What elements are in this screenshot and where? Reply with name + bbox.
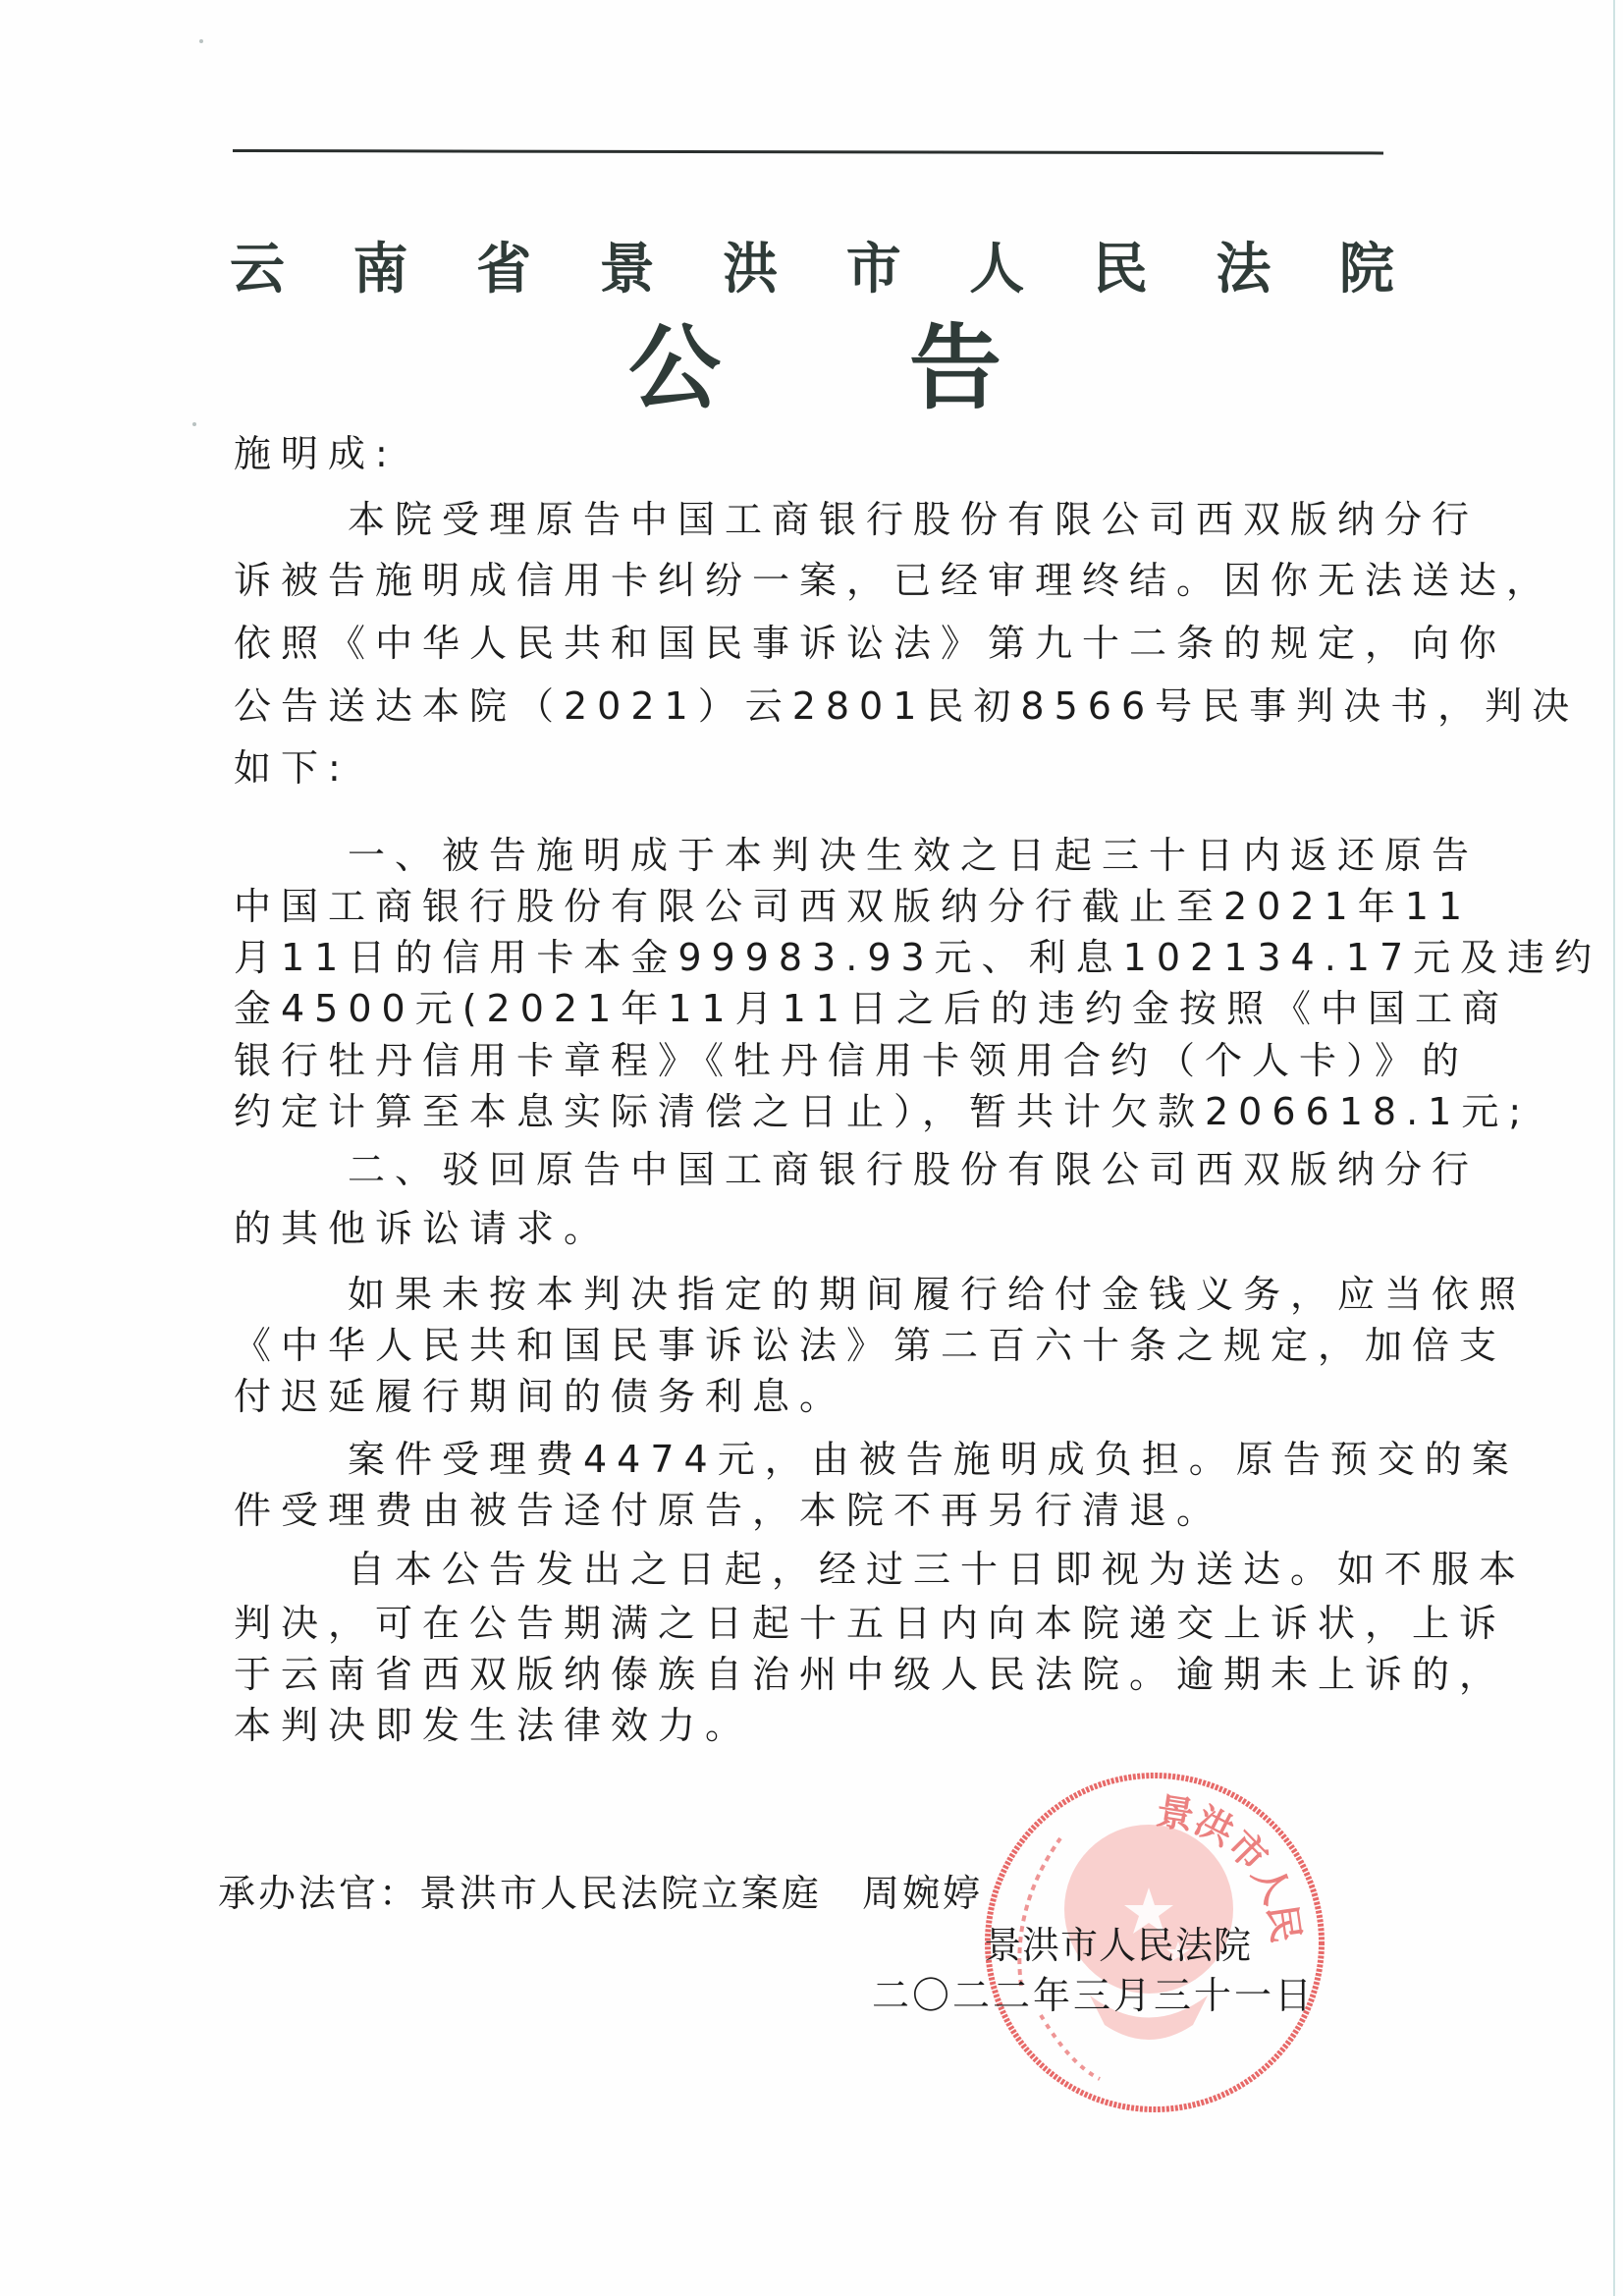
court-name-char: 市 [844,240,903,299]
court-name-char: 民 [1091,240,1150,299]
court-name-char: 省 [474,240,533,299]
court-name-char: 景 [598,240,657,299]
body-line: 二、驳回原告中国工商银行股份有限公司西双版纳分行 [234,1145,1382,1194]
body-line: 的其他诉讼请求。 [234,1204,1382,1253]
body-line: 金4500元(2021年11月11日之后的违约金按照《中国工商 [234,984,1382,1033]
body-line: 如果未按本判决指定的期间履行给付金钱义务，应当依照 [234,1270,1382,1319]
judge-line: 承办法官：景洪市人民法院立案庭 周婉婷 [218,1869,983,1918]
header-rule [233,149,1383,154]
court-name-title: 云南省景洪市人民法院 [228,240,1396,299]
body-line: 件受理费由被告迳付原告，本院不再另行清退。 [234,1486,1382,1535]
body-line: 公告送达本院（2021）云2801民初8566号民事判决书，判决 [234,682,1382,731]
court-name-char: 院 [1337,240,1396,299]
body-line: 付迟延履行期间的债务利息。 [234,1372,1382,1421]
body-line: 依照《中华人民共和国民事诉讼法》第九十二条的规定，向你 [234,619,1382,668]
body-line: 于云南省西双版纳傣族自治州中级人民法院。逾期未上诉的， [234,1650,1382,1699]
court-name-char: 云 [228,240,287,299]
body-line: 《中华人民共和国民事诉讼法》第二百六十条之规定，加倍支 [234,1321,1382,1370]
body-line: 判决，可在公告期满之日起十五日内向本院递交上诉状，上诉 [234,1599,1382,1648]
doc-type-char: 告 [909,319,1001,417]
body-line: 诉被告施明成信用卡纠纷一案，已经审理终结。因你无法送达， [234,556,1382,605]
body-line: 银行牡丹信用卡章程》《牡丹信用卡领用合约（个人卡）》的 [234,1036,1382,1085]
court-name-char: 法 [1214,240,1272,299]
court-name-char: 人 [967,240,1026,299]
body-line: 约定计算至本息实际清偿之日止），暂共计欠款206618.1元; [234,1087,1382,1136]
doc-type-char: 公 [628,319,721,417]
addressee: 施明成: [234,429,1382,478]
scan-speck [199,39,203,43]
court-name-char: 洪 [721,240,780,299]
doc-type-title: 公告 [628,319,1001,417]
scan-speck [192,422,196,426]
body-line: 一、被告施明成于本判决生效之日起三十日内返还原告 [234,831,1382,880]
signing-court: 景洪市人民法院 [984,1921,1252,1970]
body-line: 本判决即发生法律效力。 [234,1701,1382,1750]
court-name-char: 南 [352,240,410,299]
scan-edge-line [1613,0,1615,2296]
body-line: 中国工商银行股份有限公司西双版纳分行截止至2021年11 [234,882,1382,931]
body-line: 如下: [234,743,1382,793]
body-line: 案件受理费4474元，由被告施明成负担。原告预交的案 [234,1435,1382,1484]
signing-date: 二〇二二年三月三十一日 [872,1971,1315,2020]
body-line: 月11日的信用卡本金99983.93元、利息102134.17元及违约 [234,933,1382,982]
notice-page: 云南省景洪市人民法院 公告 施明成: 本院受理原告中国工商银行股份有限公司西双版… [0,0,1623,2296]
body-line: 本院受理原告中国工商银行股份有限公司西双版纳分行 [234,495,1382,544]
body-line: 自本公告发出之日起，经过三十日即视为送达。如不服本 [234,1545,1382,1594]
